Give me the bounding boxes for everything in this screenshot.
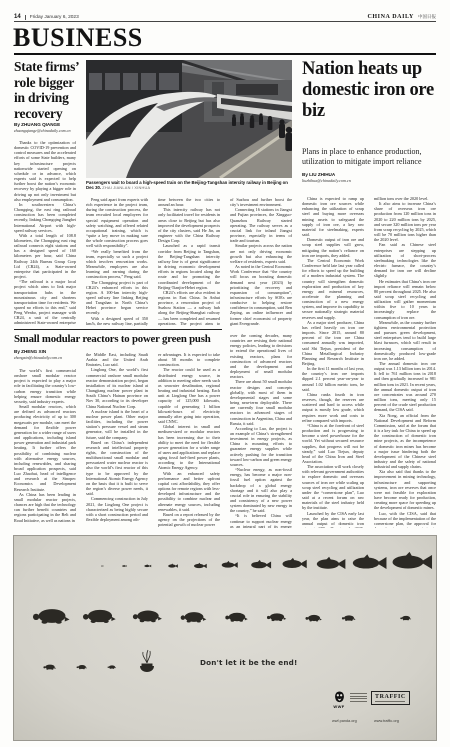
ad-logos: WWF TRAFFIC — [332, 691, 410, 709]
body-column: er advantages. It is expected to take ab… — [158, 352, 220, 528]
body-column: The world’s first commercial onshore sma… — [14, 368, 76, 528]
traffic-url: www.traffic.org — [374, 719, 399, 723]
wwf-logo: WWF — [332, 691, 346, 709]
masthead: CHINA DAILY — [367, 14, 414, 20]
section-title: BUSINESS — [13, 24, 143, 51]
article-iron-ore-subhead: Plans in place to enhance production, ut… — [302, 147, 438, 166]
byline-block: By LIU ZHIHUA liuzhihua@chinadaily.com.c… — [302, 172, 368, 183]
byline: By ZHUANG QIANGE — [14, 122, 80, 127]
ad-slogan: Don't let it be the end! — [200, 658, 298, 667]
wwf-url: wwf.panda.org — [332, 719, 357, 723]
body-column: Thanks to the optimization of domestic C… — [14, 140, 76, 327]
article-iron-ore-headline: Nation heats up domestic iron ore biz — [302, 59, 438, 122]
author-email: zhuangqiange@chinadaily.com.cn — [14, 128, 80, 133]
section-rule — [14, 53, 436, 55]
photo-credit: ZHAI JIANLAN / XINHUA — [102, 185, 150, 190]
train-photo — [86, 60, 292, 178]
photo-caption: Passengers wait to board a high-speed tr… — [86, 180, 292, 194]
page-header: 14 Friday January 6, 2023 CHINA DAILY 中国… — [14, 7, 436, 20]
byline: By ZHENG XIN — [14, 349, 80, 354]
article-reactors-headline: Small modular reactors to power green pu… — [14, 333, 244, 345]
article-divider-rule — [14, 329, 222, 330]
byline-block: By ZHUANG QIANGE zhuangqiange@chinadaily… — [14, 122, 80, 133]
psa-ad: Don't let it be the end! WWF TRAFFIC wwf… — [14, 536, 436, 740]
traffic-wordmark: TRAFFIC — [375, 694, 406, 700]
byline: By LIU ZHIHUA — [302, 172, 368, 177]
traffic-tagline-line — [375, 701, 405, 702]
body-column: the Middle East, including Saudi Arabia … — [86, 352, 148, 528]
masthead-chinese: 中国日报 — [418, 14, 436, 20]
body-column: China is expected to ramp up domestic ir… — [302, 196, 364, 528]
article-state-firms-headline: State firms’ role bigger in driving reco… — [14, 59, 84, 121]
wwf-wordmark: WWF — [333, 704, 344, 709]
evolution-illustration — [14, 536, 436, 740]
train-photo-illustration — [86, 60, 292, 178]
wwf-fineprint-lines — [350, 691, 367, 702]
traffic-logo: TRAFFIC — [371, 691, 410, 705]
body-column: of Suzhou and further boost the city’s i… — [230, 197, 292, 327]
body-column: over the coming decades, many countries … — [230, 333, 292, 528]
body-column: Peng said apart from experts with rich e… — [86, 197, 148, 327]
wwf-panda-logo — [333, 691, 346, 703]
header-rule — [14, 21, 436, 22]
page-date: Friday January 6, 2023 — [25, 15, 79, 20]
newspaper-page: 14 Friday January 6, 2023 CHINA DAILY 中国… — [0, 0, 450, 747]
author-email: liuzhihua@chinadaily.com.cn — [302, 178, 368, 183]
body-column: million tons over the 2020 level.It also… — [374, 196, 436, 528]
page-number: 14 — [14, 14, 21, 20]
author-email: zhengxin@chinadaily.com.cn — [14, 355, 80, 360]
byline-block: By ZHENG XIN zhengxin@chinadaily.com.cn — [14, 349, 80, 360]
body-column: time between the two cities to around an… — [158, 197, 220, 327]
